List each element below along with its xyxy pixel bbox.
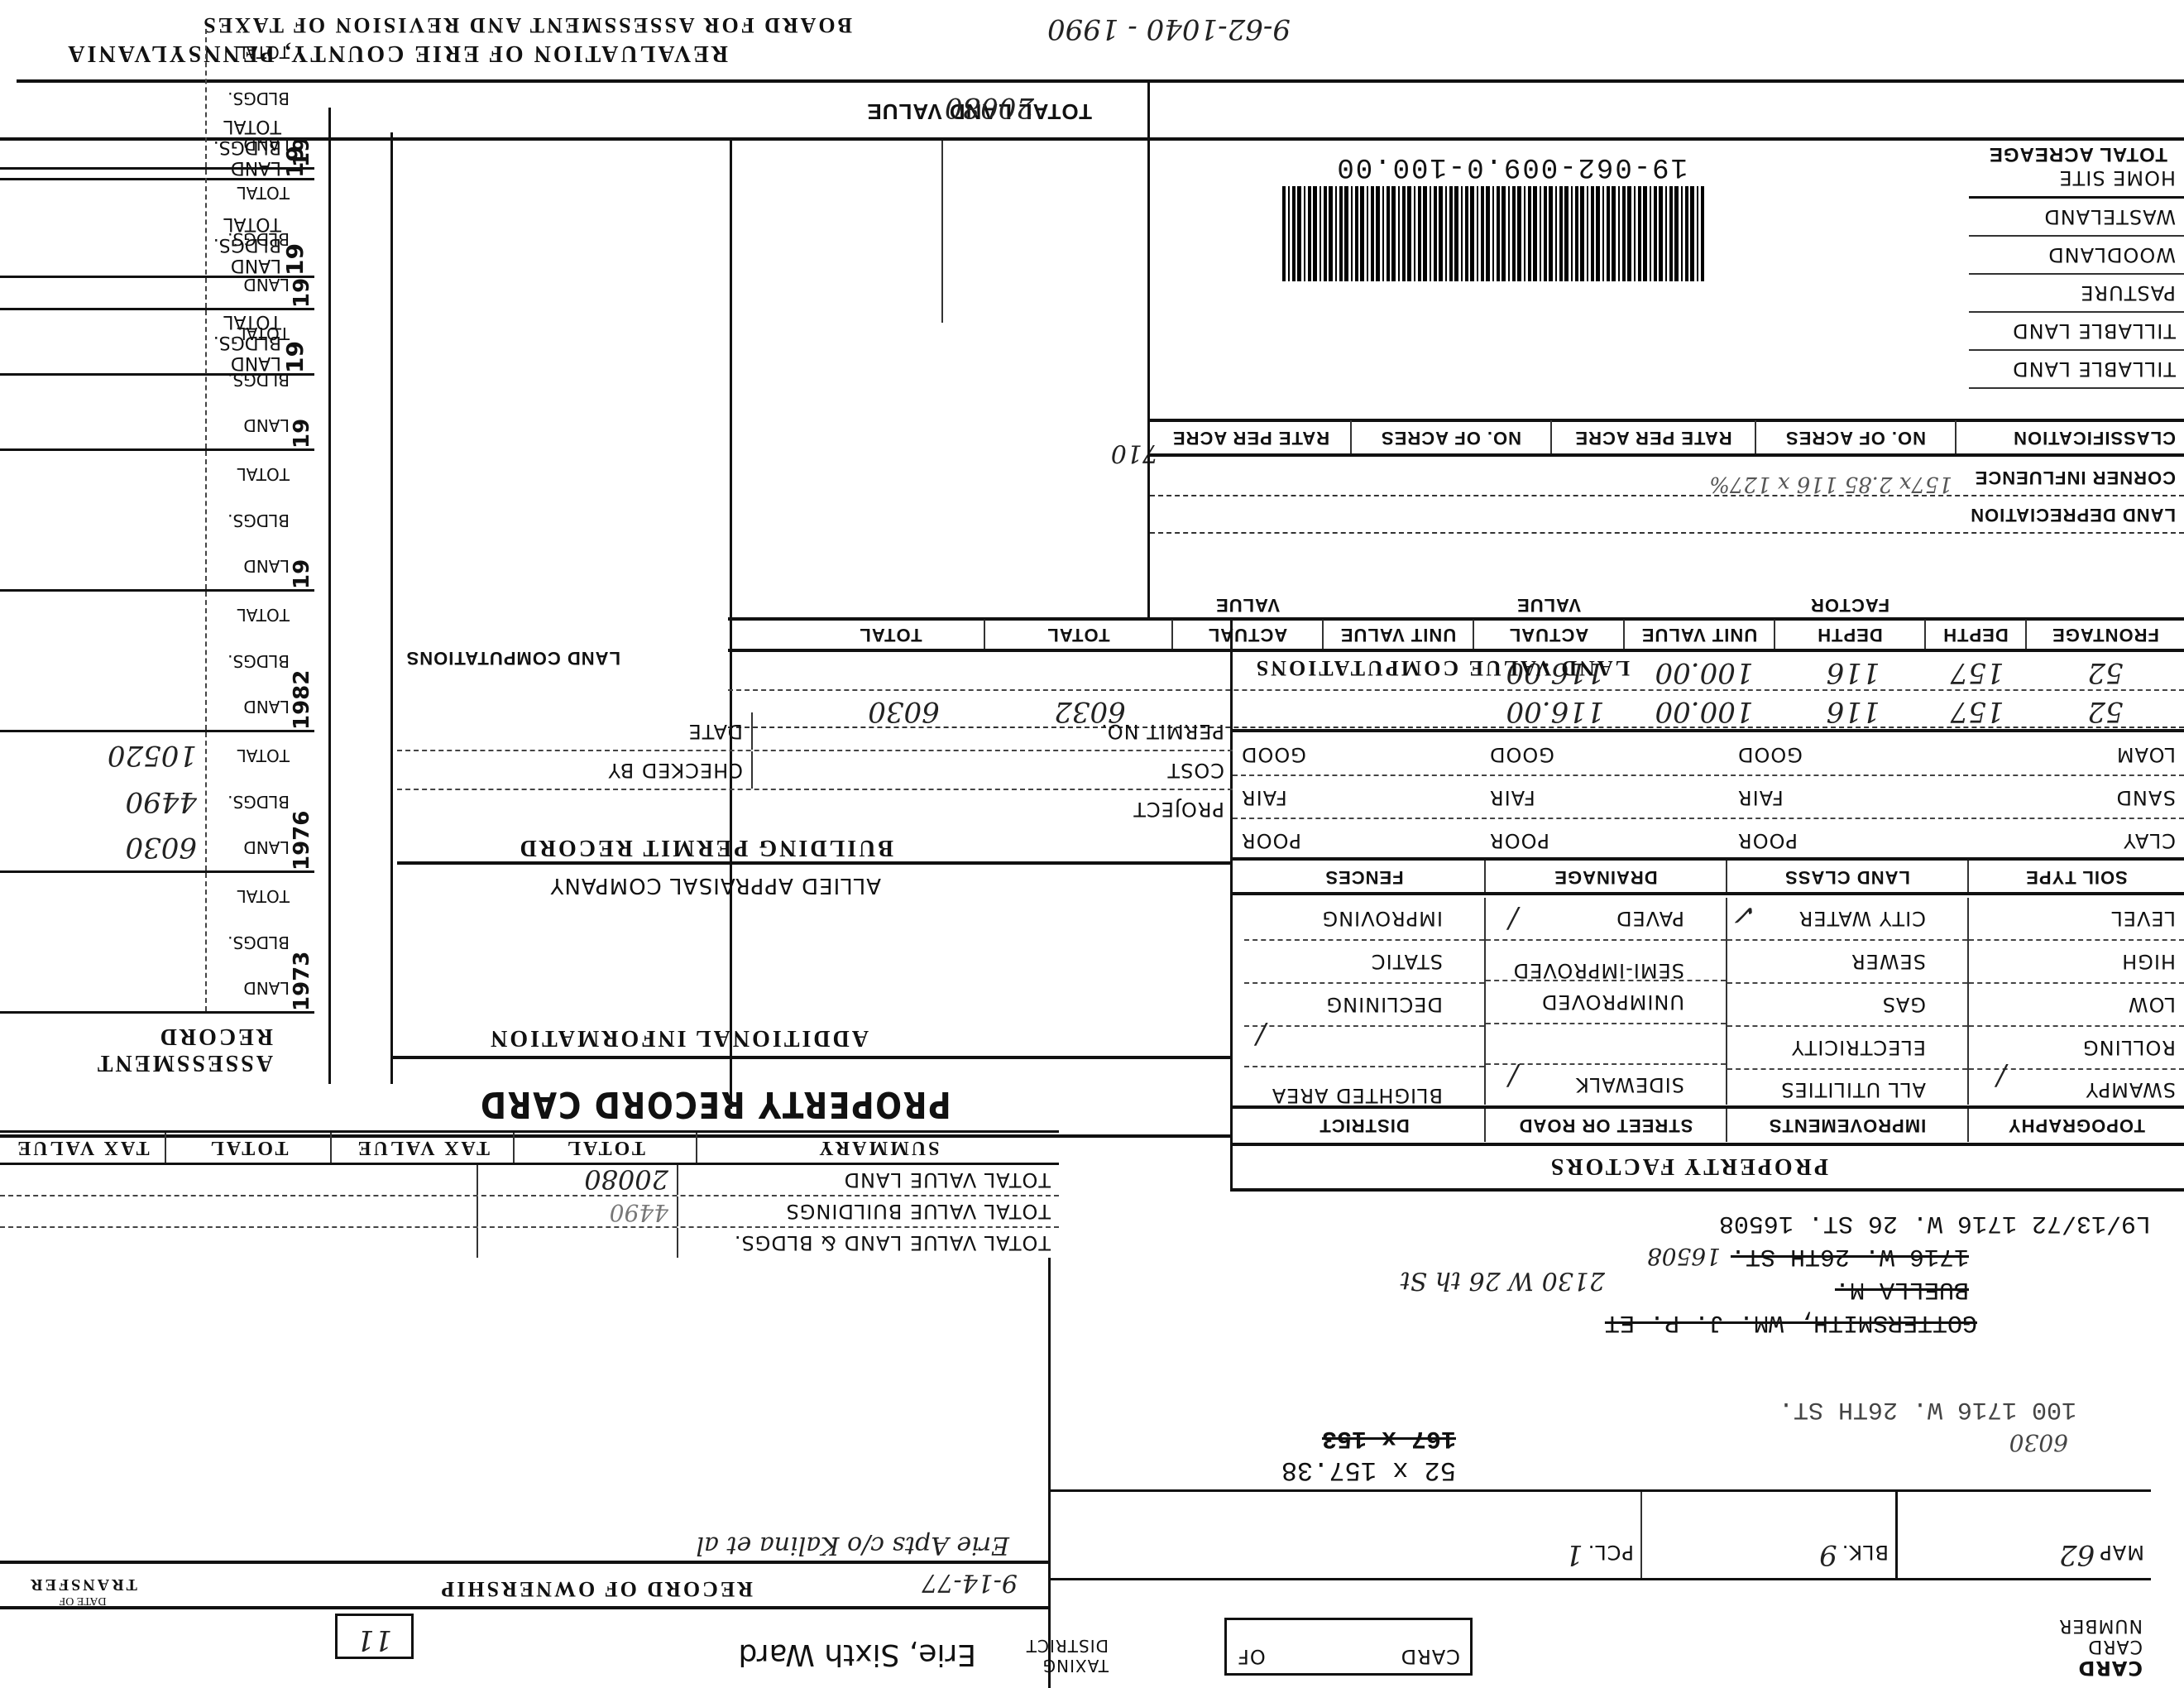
card-label: CARD <box>1401 1625 1460 1668</box>
row-label: WASTELAND <box>1969 199 2184 237</box>
col-header: TOTAL <box>797 620 984 650</box>
property-record-card: REVALUATION OF ERIE COUNTY, PENNSYLVANIA… <box>0 0 2184 1688</box>
pcl-field[interactable]: PCL. 1 <box>1379 1492 1640 1578</box>
year-values <box>0 873 205 1011</box>
fences-option: FAIR <box>1233 776 1481 818</box>
blk-label: BLK. <box>1842 1541 1889 1564</box>
ownership-entry: Erie Apts c/o Kalina et al <box>696 1531 1009 1560</box>
topography-low-option[interactable]: LOW <box>1969 984 2184 1027</box>
topography-label: TOPOGRAPHY <box>1967 1109 2184 1142</box>
year-group: 19 LANDBLDGS.TOTAL <box>0 451 314 592</box>
year-label: 19 <box>290 170 314 308</box>
handwritten-710: 710 <box>1111 439 1158 468</box>
grid-row: LOAM GOOD GOOD GOOD <box>1233 733 2184 774</box>
year-values: 6030449010520 <box>0 732 205 870</box>
land-class-option: POOR <box>1729 819 1977 861</box>
permit-row: PROJECT <box>397 789 1233 827</box>
factor-group-headers: TOPOGRAPHY IMPROVEMENTS STREET OR ROAD D… <box>1233 1109 2184 1142</box>
summary-table: TOTAL VALUE LAND & BLDGS. TOTAL VALUE BU… <box>0 1138 1059 1258</box>
card-number-label: CARD NUMBER <box>2010 1615 2143 1657</box>
permit-row: PERMIT NO. DATE <box>397 712 1233 750</box>
handwritten-top: 9-62-1040 - 1990 <box>1047 12 1291 46</box>
summary-header: SUMMARY TOTAL TAX VALUE TOTAL TAX VALUE <box>0 1130 1059 1163</box>
summary-total-label: TOTAL <box>513 1133 696 1163</box>
corner-influence-label: CORNER INFLUENCE <box>1975 467 2176 488</box>
blk-value: 9 <box>1819 1538 1837 1571</box>
map-label: MAP <box>2099 1541 2144 1564</box>
code-line: 100 1716 W. 26TH ST. <box>1779 1395 2076 1423</box>
year-labels: LANDBLDGS.TOTAL <box>205 29 290 167</box>
handwritten-total-land-value: 20080 <box>945 91 1034 124</box>
street-semi-improved-option[interactable]: SEMI-IMPROVED <box>1486 941 1726 981</box>
cell: 116.00 <box>1481 691 1630 728</box>
row-label: TILLABLE LAND <box>1969 313 2184 351</box>
check-mark-icon: ✓ <box>1735 898 1759 931</box>
building-permit-title: BUILDING PERMIT RECORD <box>518 834 893 861</box>
divider <box>393 1056 1233 1059</box>
permit-row: COST CHECKED BY <box>397 750 1233 789</box>
year-group-1982: 1982 LANDBLDGS.TOTAL <box>0 592 314 732</box>
year-label: 1976 <box>290 732 314 870</box>
summary-total-label-2: TOTAL <box>165 1133 331 1163</box>
map-field[interactable]: MAP 62 <box>1895 1492 2151 1578</box>
district-blighted-option[interactable]: BLIGHTED AREA <box>1244 1067 1484 1105</box>
owner-line-2: 1716 W. 26TH ST. <box>1731 1242 1969 1270</box>
dims-struck: 167 x 153 <box>1322 1424 1456 1452</box>
improvements-label: IMPROVEMENTS <box>1726 1109 1967 1142</box>
divider <box>1150 532 2184 534</box>
col-header: UNIT VALUE <box>1322 620 1473 650</box>
divider <box>397 861 1233 865</box>
district-declining-option[interactable]: DECLINING <box>1244 984 1484 1027</box>
year-group-1976: 1976 LANDBLDGS.TOTAL 6030449010520 <box>0 732 314 873</box>
col-header: RATE PER ACRE <box>1550 420 1755 455</box>
taxing-district-label: TAXING DISTRICT <box>1001 1636 1109 1676</box>
improvement-sewer-option[interactable]: SEWER <box>1727 941 1967 984</box>
improvement-city-water-option[interactable]: CITY WATER <box>1727 898 1967 941</box>
district-empty <box>1244 1027 1484 1067</box>
factor-headers: SOIL TYPE LAND CLASS DRAINAGE FENCES <box>1233 861 2184 894</box>
assessment-years-list: 1973 LANDBLDGS.TOTAL 1976 LANDBLDGS.TOTA… <box>0 29 314 1014</box>
divider <box>1233 1143 2184 1146</box>
acreage-rows: TILLABLE LAND TILLABLE LAND PASTURE WOOD… <box>1969 160 2184 389</box>
cell: 100.00 <box>1630 691 1779 728</box>
lvc-title: LAND VALUE COMPUTATIONS <box>1254 655 1630 680</box>
year-values <box>0 592 205 730</box>
district-improving-option[interactable]: IMPROVING <box>1244 898 1484 941</box>
soil-option: SAND <box>1977 776 2184 818</box>
permit-no-label: PERMIT NO. <box>751 712 1233 750</box>
divider <box>1233 1188 2184 1192</box>
check-mark-icon: / <box>1257 1018 1266 1051</box>
map-blk-pcl: MAP 62 BLK. 9 PCL. 1 <box>1051 1489 2151 1580</box>
street-column: PAVED SEMI-IMPROVED UNIMPROVED SIDEWALK <box>1484 898 1726 1105</box>
date-of-label: DATE OF <box>0 1594 165 1607</box>
summary-tax-value-label-2: TAX VALUE <box>0 1133 165 1163</box>
divider <box>0 1561 1051 1564</box>
classification-label: CLASSIFICATION <box>1955 420 2184 455</box>
topography-high-option[interactable]: HIGH <box>1969 941 2184 984</box>
cell: 52 <box>2027 691 2184 728</box>
summary-row: TOTAL VALUE BUILDINGS 4490 <box>0 1195 1059 1226</box>
year-label: 19 <box>290 29 314 167</box>
year-labels: LANDBLDGS.TOTAL <box>205 451 290 589</box>
cell: 100.00 <box>1630 652 1779 689</box>
property-record-card-title: PROPERTY RECORD CARD <box>479 1083 951 1125</box>
land-class-option: FAIR <box>1729 776 1977 818</box>
improvement-electricity-option[interactable]: ELECTRICITY <box>1727 1027 1967 1070</box>
classification-header: CLASSIFICATION NO. OF ACRES RATE PER ACR… <box>1150 420 2184 455</box>
soil-option: LOAM <box>1977 733 2184 774</box>
street-sidewalk-option[interactable]: SIDEWALK <box>1486 1065 1726 1105</box>
project-label: PROJECT <box>819 790 1233 827</box>
pcl-value: 1 <box>1565 1538 1583 1571</box>
year-group: 19 LANDBLDGS.TOTAL <box>0 29 314 170</box>
col-header: NO. OF ACRES <box>1755 420 1955 455</box>
cell: 116 <box>1779 691 1928 728</box>
col-header: NO. OF ACRES <box>1350 420 1550 455</box>
boxed-number: 11 <box>335 1614 414 1659</box>
owner-zip-hand: 16508 <box>1647 1243 1721 1270</box>
summary-total: 20080 <box>477 1165 677 1195</box>
land-computations-label: LAND COMPUTATIONS <box>406 647 620 669</box>
checked-by-label: CHECKED BY <box>599 751 751 789</box>
cell: 52 <box>2027 652 2184 689</box>
row-label: HOME SITE <box>1969 160 2184 199</box>
year-group: 19 LANDBLDGS.TOTAL <box>0 310 314 451</box>
condition-grid: CLAY POOR POOR POOR SAND FAIR FAIR FAIR … <box>1233 736 2184 861</box>
grid-row: CLAY POOR POOR POOR <box>1233 818 2184 861</box>
drainage-option: POOR <box>1481 819 1729 861</box>
dims: 52 x 157.38 <box>1281 1455 1456 1485</box>
row-label: PASTURE <box>1969 275 2184 313</box>
col-header: TOTAL <box>984 620 1171 650</box>
grid-row: SAND FAIR FAIR FAIR <box>1233 774 2184 818</box>
divider <box>390 132 393 1084</box>
district-column: IMPROVING STATIC DECLINING BLIGHTED AREA <box>1244 898 1484 1105</box>
fences-label: FENCES <box>1244 861 1484 894</box>
topography-level-option[interactable]: LEVEL <box>1969 898 2184 941</box>
map-value: 62 <box>2059 1538 2095 1571</box>
drainage-option: GOOD <box>1481 733 1729 774</box>
fences-option: POOR <box>1233 819 1481 861</box>
of-label: OF <box>1237 1625 1266 1668</box>
cell: 157 <box>1928 691 2027 728</box>
cell: 157 <box>1928 652 2027 689</box>
year-labels: LANDBLDGS.TOTAL <box>205 732 290 870</box>
check-mark-icon: / <box>1509 1059 1518 1092</box>
summary-label: TOTAL VALUE LAND <box>677 1165 1059 1195</box>
cost-label: COST <box>751 751 1233 789</box>
summary-label: TOTAL VALUE LAND & BLDGS. <box>677 1228 1059 1258</box>
col-header: ACTUAL VALUE <box>1473 620 1623 650</box>
drainage-option: FAIR <box>1481 776 1729 818</box>
year-label: 1982 <box>290 592 314 730</box>
row-label: WOODLAND <box>1969 237 2184 275</box>
street-paved-option[interactable]: PAVED <box>1486 898 1726 941</box>
owner-name-2: GOTTERSMITH, WM. J. P. ET <box>1605 1308 1977 1336</box>
factor-options: LEVEL HIGH LOW ROLLING SWAMPY CITY WATER… <box>1233 898 2184 1105</box>
improvement-gas-option[interactable]: GAS <box>1727 984 1967 1027</box>
summary-total: 4490 <box>477 1196 677 1226</box>
district-label: DISTRICT <box>1244 1109 1484 1142</box>
owner-address-hand: 2130 W 26 th St <box>1401 1266 1606 1295</box>
col-header: FRONTAGE <box>2025 620 2184 650</box>
drainage-label: DRAINAGE <box>1484 861 1726 894</box>
divider <box>1048 1258 1051 1688</box>
land-class-label: LAND CLASS <box>1726 861 1967 894</box>
col-header: DEPTH <box>1924 620 2025 650</box>
year-label: 19 <box>290 451 314 589</box>
divider <box>1233 892 2184 895</box>
transfer-header: DATE OF TRANSFER <box>0 1575 165 1607</box>
card-number: CARD CARD NUMBER <box>2010 1615 2143 1680</box>
card-label: CARD <box>2010 1657 2143 1680</box>
ownership-date: 9-14-77 <box>922 1568 1018 1597</box>
blk-field[interactable]: BLK. 9 <box>1640 1492 1895 1578</box>
col-header: DEPTH FACTOR <box>1774 620 1924 650</box>
summary-row: TOTAL VALUE LAND & BLDGS. <box>0 1226 1059 1258</box>
land-depreciation-label: LAND DEPRECIATION <box>1970 504 2176 525</box>
soil-type-label: SOIL TYPE <box>1967 861 2184 894</box>
divider <box>1147 83 1150 621</box>
summary-tax-value-label: TAX VALUE <box>331 1133 514 1163</box>
street-unimproved-option[interactable]: UNIMPROVED <box>1486 981 1726 1024</box>
taxing-district-value: Erie, Sixth Ward <box>739 1638 977 1671</box>
ownership-title: RECORD OF OWNERSHIP <box>438 1576 753 1601</box>
street-or-road-label: STREET OR ROAD <box>1484 1109 1726 1142</box>
year-label: 1973 <box>290 873 314 1011</box>
transfer-label: TRANSFER <box>0 1575 165 1594</box>
parcel-id: 19-062-009.0-100.00 <box>1335 151 1688 182</box>
additional-info-label: ADDITIONAL INFORMATION <box>488 1024 869 1051</box>
divider <box>1150 453 2184 457</box>
owner-name-1: BUELLA M. <box>1835 1275 1969 1303</box>
street-empty <box>1486 1024 1726 1065</box>
barcode <box>1282 186 1704 281</box>
pcl-label: PCL. <box>1588 1541 1634 1564</box>
col-header: RATE PER ACRE <box>1152 420 1350 455</box>
owner-line-1: L9/13/72 1716 W. 26 ST. 16508 <box>1719 1209 2151 1237</box>
district-static-option[interactable]: STATIC <box>1244 941 1484 984</box>
cell: 116 <box>1779 652 1928 689</box>
corner-influence-note: 157x 2.85 116 x 127% <box>1709 472 1952 496</box>
appraisal-company: ALLIED APPRAISAL COMPANY <box>550 873 881 898</box>
row-label: TILLABLE LAND <box>1969 351 2184 389</box>
date-label: DATE <box>680 712 751 750</box>
year-labels: LANDBLDGS.TOTAL <box>205 310 290 448</box>
check-mark-icon: / <box>1509 902 1518 935</box>
summary-row: TOTAL VALUE LAND 20080 <box>0 1163 1059 1195</box>
building-permit-box: PROJECT COST CHECKED BY PERMIT NO. DATE <box>397 670 1233 827</box>
property-factors-title: PROPERTY FACTORS <box>1549 1153 1828 1179</box>
year-labels: LANDBLDGS.TOTAL <box>205 170 290 308</box>
year-labels: LANDBLDGS.TOTAL <box>205 873 290 1011</box>
fences-option: GOOD <box>1233 733 1481 774</box>
card-of-box: CARD OF <box>1224 1618 1473 1676</box>
soil-option: CLAY <box>1977 819 2184 861</box>
year-label: 19 <box>290 310 314 448</box>
year-group: 19 LANDBLDGS.TOTAL <box>0 170 314 310</box>
cell <box>1332 691 1481 728</box>
check-mark-icon: / <box>1997 1059 2006 1092</box>
year-labels: LANDBLDGS.TOTAL <box>205 592 290 730</box>
divider <box>941 141 943 323</box>
divider <box>17 79 2184 83</box>
divider <box>1150 495 2184 496</box>
code-hand: 6030 <box>2009 1429 2068 1456</box>
col-header: UNIT VALUE <box>1623 620 1774 650</box>
improvements-column: CITY WATER SEWER GAS ELECTRICITY ALL UTI… <box>1726 898 1967 1105</box>
year-group-1973: 1973 LANDBLDGS.TOTAL <box>0 873 314 1014</box>
divider <box>1233 729 2184 732</box>
summary-total <box>477 1228 677 1258</box>
assessment-years-overlay: 1973 LANDBLDGS.TOTAL 1976 LANDBLDGS.TOTA… <box>0 29 314 1014</box>
improvement-all-utilities-option[interactable]: ALL UTILITIES <box>1727 1070 1967 1110</box>
summary-title: SUMMARY <box>696 1133 1059 1163</box>
summary-label: TOTAL VALUE BUILDINGS <box>677 1196 1059 1226</box>
land-class-option: GOOD <box>1729 733 1977 774</box>
col-header: ACTUAL VALUE <box>1171 620 1322 650</box>
divider <box>1026 137 2184 141</box>
lvc-header: FRONTAGE DEPTH DEPTH FACTOR UNIT VALUE A… <box>728 620 2184 650</box>
